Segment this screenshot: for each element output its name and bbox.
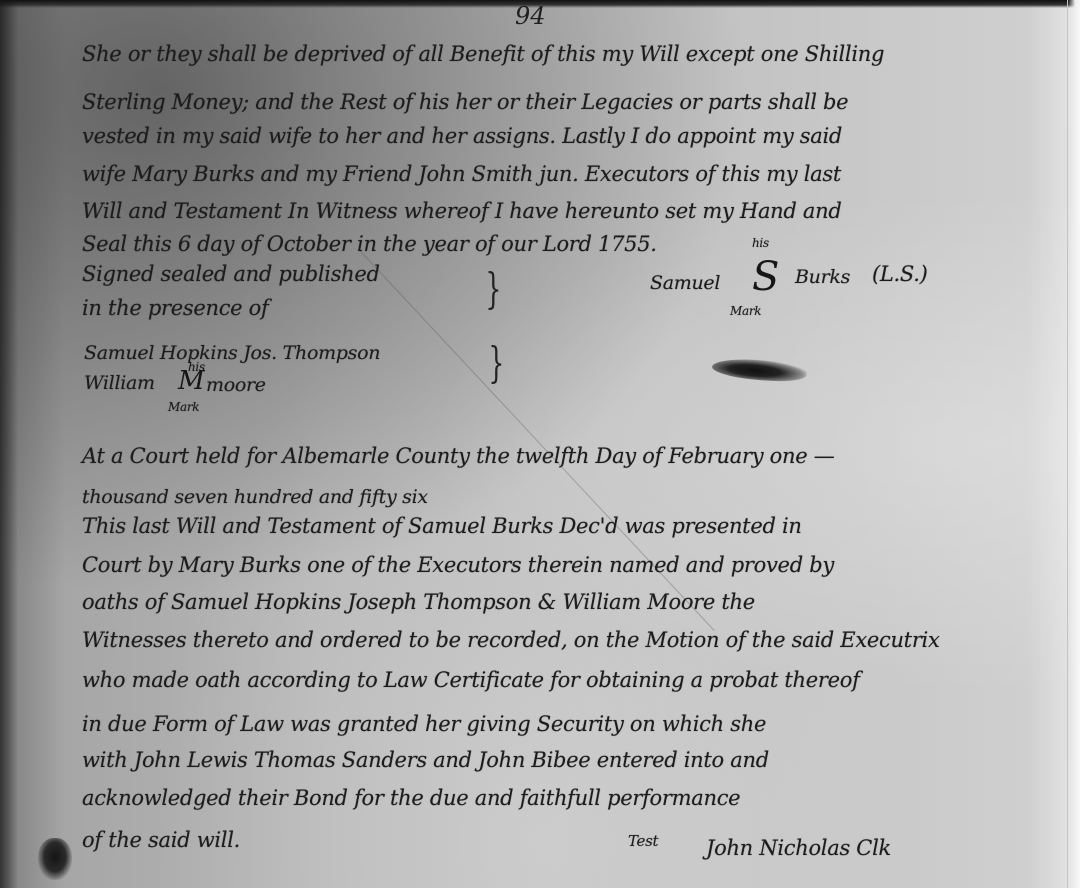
will-line-2: Sterling Money; and the Rest of his her …	[82, 90, 848, 114]
probate-line-4: Court by Mary Burks one of the Executors…	[82, 553, 834, 577]
will-line-1: She or they shall be deprived of all Ben…	[82, 42, 884, 66]
witness-william-first: William	[84, 372, 155, 394]
probate-line-11: of the said will.	[82, 828, 240, 852]
probate-line-10: acknowledged their Bond for the due and …	[82, 786, 740, 810]
will-line-3: vested in my said wife to her and her as…	[82, 124, 842, 148]
will-line-6: Seal this 6 day of October in the year o…	[82, 232, 657, 256]
scan-right-edge	[1067, 0, 1080, 888]
ink-smudge	[38, 838, 72, 880]
testator-seal: (L.S.)	[872, 262, 928, 286]
witness-william-last: moore	[206, 374, 266, 396]
clerk-signature: John Nicholas Clk	[706, 836, 891, 860]
witnesses-brace: }	[488, 338, 504, 387]
probate-line-2: thousand seven hundred and fifty six	[82, 486, 428, 508]
attestation-line-1: Signed sealed and published	[82, 262, 380, 286]
clerk-teste: Test	[628, 832, 658, 850]
will-line-5: Will and Testament In Witness whereof I …	[82, 199, 842, 223]
witnesses-line-1: Samuel Hopkins Jos. Thompson	[84, 342, 380, 364]
probate-line-6: Witnesses thereto and ordered to be reco…	[82, 628, 940, 652]
page-number: 94	[515, 2, 546, 30]
testator-his-label: his	[752, 236, 769, 250]
attestation-brace: }	[485, 264, 501, 313]
document-page: 94 She or they shall be deprived of all …	[0, 0, 1080, 888]
testator-mark-glyph: S	[752, 254, 779, 300]
ink-blot	[711, 356, 807, 384]
probate-line-3: This last Will and Testament of Samuel B…	[82, 514, 802, 538]
witness-mark-label: Mark	[168, 400, 199, 414]
probate-line-9: with John Lewis Thomas Sanders and John …	[82, 748, 769, 772]
testator-first-name: Samuel	[650, 272, 720, 294]
probate-line-8: in due Form of Law was granted her givin…	[82, 712, 766, 736]
probate-line-5: oaths of Samuel Hopkins Joseph Thompson …	[82, 590, 755, 614]
witness-mark-glyph: M	[178, 366, 205, 396]
probate-line-7: who made oath according to Law Certifica…	[82, 668, 860, 692]
testator-mark-label: Mark	[730, 304, 761, 318]
testator-last-name: Burks	[795, 266, 850, 288]
will-line-4: wife Mary Burks and my Friend John Smith…	[82, 162, 841, 186]
probate-line-1: At a Court held for Albemarle County the…	[82, 444, 834, 468]
attestation-line-2: in the presence of	[82, 296, 269, 320]
scan-left-edge	[0, 0, 18, 888]
